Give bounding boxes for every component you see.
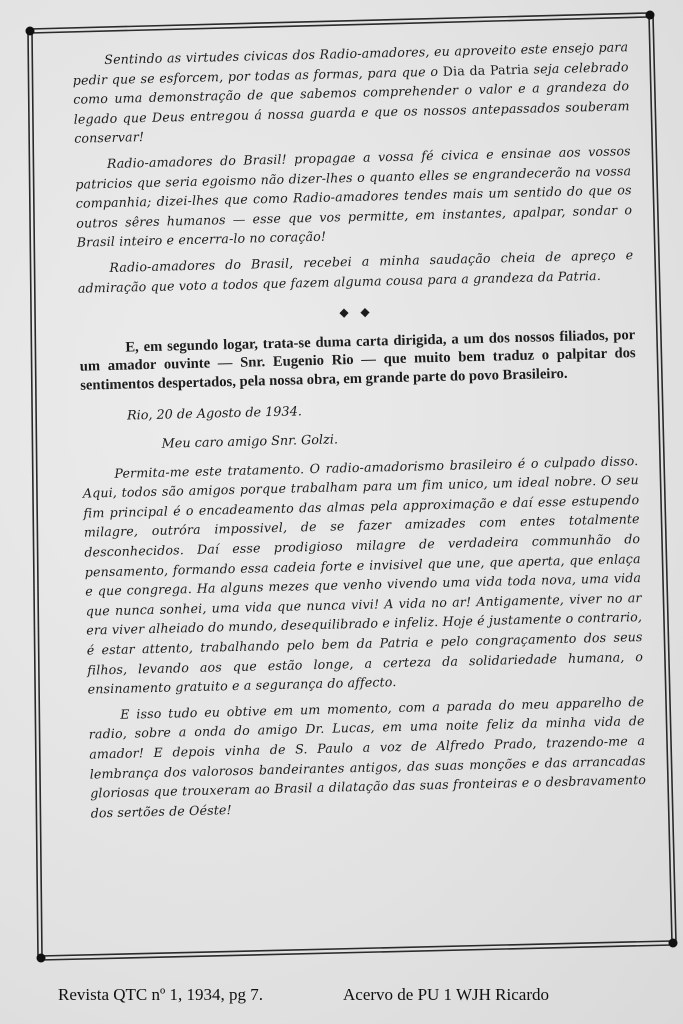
- paragraph-greeting: Radio-amadores do Brasil, recebei a minh…: [77, 245, 634, 298]
- corner-dot-icon: [37, 954, 46, 963]
- letter-dateline: Rio, 20 de Agosto de 1934.: [81, 394, 637, 427]
- letter-paragraph: E isso tudo eu obtive em um momento, com…: [88, 692, 647, 823]
- corner-dot-icon: [646, 11, 655, 20]
- paragraph-civic-virtues: Sentindo as virtudes civicas dos Radio-a…: [72, 37, 630, 149]
- article-body: Sentindo as virtudes civicas dos Radio-a…: [72, 37, 647, 829]
- paragraph-propagate-faith: Radio-amadores do Brasil! propagae a vos…: [75, 141, 633, 253]
- letter-salutation: Meu caro amigo Snr. Golzi.: [82, 423, 638, 456]
- caption-collection: Acervo de PU 1 WJH Ricardo: [343, 985, 549, 1005]
- section-divider-diamonds-icon: ◆ ◆: [78, 296, 634, 329]
- letter-paragraph: Permita-me este tratamento. O radio-amad…: [82, 451, 644, 700]
- highlight-dia-da-patria: Dia da Patria: [443, 61, 529, 78]
- corner-dot-icon: [26, 27, 35, 36]
- caption-source: Revista QTC nº 1, 1934, pg 7.: [58, 985, 263, 1005]
- corner-dot-icon: [669, 939, 678, 948]
- letter-introduction: E, em segundo logar, trata-se duma carta…: [79, 326, 636, 395]
